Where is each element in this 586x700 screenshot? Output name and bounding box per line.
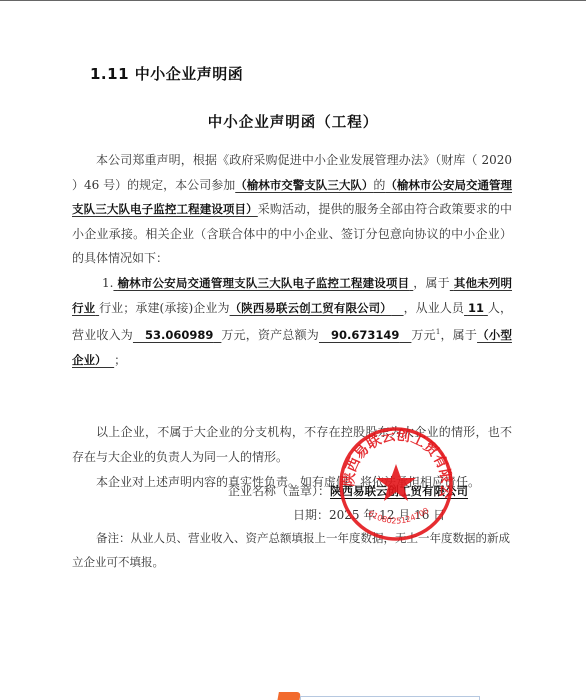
item-index: 1.: [102, 276, 113, 290]
independence-paragraph: 以上企业，不属于大企业的分支机构，不存在控股股东为大企业的情形，也不存在与大企业…: [72, 420, 512, 469]
item-end: ；: [114, 353, 126, 367]
assets-label: 万元，资产总额为: [221, 328, 319, 342]
signature-company: 陕西易联云创工贸有限公司: [330, 484, 468, 498]
date-label: 日期：: [293, 508, 329, 522]
date-line: 日期：2025 年 12 月 16 日: [293, 506, 445, 523]
connector-text: 的: [373, 178, 385, 192]
declaration-paragraph: 本公司郑重声明，根据《政府采购促进中小企业发展管理办法》（财库（ 2020 ）4…: [72, 148, 512, 271]
category-label: ，属于: [440, 328, 477, 342]
spacer: [72, 372, 512, 420]
contractor-company: （陕西易联云创工贸有限公司）: [230, 301, 392, 315]
item-project-name: 榆林市公安局交通管理支队三大队电子监控工程建设项目: [117, 276, 409, 290]
section-title: 中小企业声明函: [135, 65, 244, 83]
purchaser-name: （榆林市交警支队三大队）: [235, 178, 373, 192]
section-number: 1.11: [90, 65, 129, 83]
staff-label: ，从业人员: [404, 301, 464, 315]
enterprise-item: 1. 榆林市公安局交通管理支队三大队电子监控工程建设项目 ，属于 其他未列明行业…: [72, 271, 512, 372]
section-heading: 1.11 中小企业声明函: [90, 63, 243, 84]
remark-note: 备注：从业人员、营业收入、资产总额填报上一年度数据，无上一年度数据的新成立企业可…: [72, 526, 512, 574]
document-title: 中小企业声明函（工程）: [0, 111, 586, 132]
belongs-label: ，属于: [413, 276, 450, 290]
document-page: 1.11 中小企业声明函 中小企业声明函（工程） 本公司郑重声明，根据《政府采购…: [0, 0, 586, 700]
industry-suffix: 行业；承建(承接)企业为: [99, 301, 229, 315]
signature-line: 企业名称（盖章）：陕西易联云创工贸有限公司: [228, 482, 468, 499]
taskbar-window-tab[interactable]: [300, 696, 480, 700]
assets-unit: 万元: [411, 328, 435, 342]
document-body: 本公司郑重声明，根据《政府采购促进中小企业发展管理办法》（财库（ 2020 ）4…: [72, 148, 512, 494]
assets-value: 90.673149: [331, 328, 399, 342]
signature-label: 企业名称（盖章）：: [228, 484, 330, 498]
staff-count: 11: [468, 301, 484, 315]
revenue-value: 53.060989: [145, 328, 213, 342]
date-value: 2025 年 12 月 16 日: [329, 508, 445, 522]
taskbar-app-icon[interactable]: [277, 692, 301, 700]
